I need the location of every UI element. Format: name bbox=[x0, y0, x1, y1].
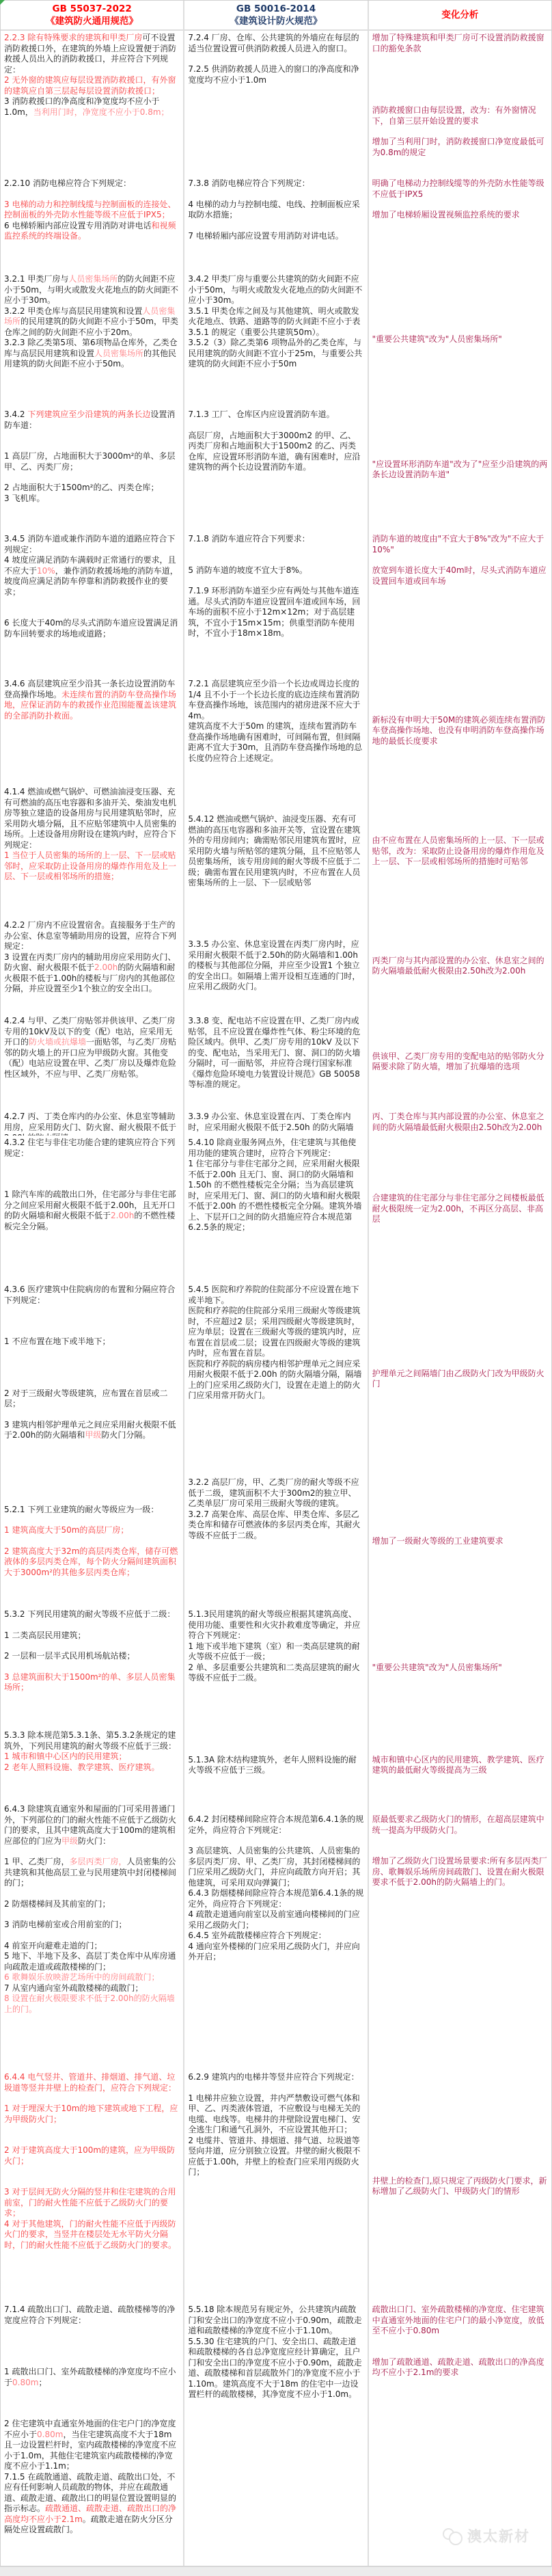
paragraph: 4.1.4 燃油或燃气锅炉、可燃油油浸变压器、充有可燃油的高压电容器和多油开关、… bbox=[4, 787, 180, 850]
paragraph: 丙、丁类仓库与其内部设置的办公室、休息室之间的防火隔墙最低耐火极限由2.50h改… bbox=[372, 1112, 548, 1133]
cell-old-code: 7.1.3 工厂、仓库区内应设置消防车道。高层厂房，占地面积大于3000m2 的… bbox=[184, 407, 367, 532]
paragraph: 3 消防救援口的净高度和净宽度均不应小于1.0m，当利用门时，净宽度不应小于0.… bbox=[4, 96, 180, 118]
paragraph: 1 当位于人员密集的场所的上一层、下一层或贴邻时，应采取防止设备用房的爆炸作用危… bbox=[4, 850, 180, 883]
paragraph: 合建建筑的住宅部分与非住宅部分之间楼板最低耐火极限统一定为2.00h，不再区分高… bbox=[372, 1193, 548, 1225]
cell-old-code: 5.4.12 燃油或燃气锅炉、油浸变压器、充有可燃油的高压电容器和多油开关等，宜… bbox=[184, 785, 367, 918]
paragraph: 2 无外窗的建筑应每层设置消防救援口，有外窗的建筑应自第三层起每层设置消防救援口… bbox=[4, 75, 180, 96]
header-old-code: GB 50016-2014 《建筑设计防火规范》 bbox=[184, 1, 367, 29]
paragraph: 3.3.5 办公室、休息室设置在丙类厂房内时，应采用耐火极限不低于2.50h的防… bbox=[188, 939, 363, 993]
table-row: 5.2.1 下列工业建筑的耐火等级应为一级：1 建筑高度大于50m的高层厂房；2… bbox=[1, 1475, 551, 1607]
paragraph: 4 前室开向避难走道的门； bbox=[4, 1941, 180, 1952]
paragraph: 5.4.10 除商业服务网点外，住宅建筑与其他使用功能的建筑合建时，应符合下列规… bbox=[188, 1138, 363, 1159]
table-row: 4.2.7 丙、丁类仓库内的办公室、休息室等辅助用房，应采用防火门、防火窗、耐火… bbox=[1, 1110, 551, 1136]
paragraph: 4 对于其他建筑，门的耐火性能不应低于丙级防火门的要求，当竖井在楼层处无水平防火… bbox=[4, 2219, 180, 2251]
cell-new-code: 2.2.10 消防电梯应符合下列规定：3 电梯的动力和控制线缆与控制面板的连接处… bbox=[1, 176, 183, 272]
paragraph: 3.3.9 办公室、休息室设置在丙、丁类仓库内时，应采用耐火极限不低于2.50h… bbox=[188, 1112, 363, 1133]
paragraph: 4 通向室外楼梯的门应采用乙级防火门，并应向外开启； bbox=[188, 1942, 363, 1963]
header-old-code-number: GB 50016-2014 bbox=[236, 3, 316, 15]
paragraph: 高层厂房，占地面积大于3000m2 的甲、乙、丙类厂房和占地面积大于1500m2… bbox=[188, 431, 363, 473]
paragraph: 4 电梯的动力与控制电缆、电线、控制面板应采取防水措施； bbox=[188, 200, 363, 221]
cell-analysis: 护理单元之间隔墙门由乙级防火门改为甲级防火门 bbox=[369, 1283, 551, 1475]
paragraph: "重要公共建筑"改为"人员密集场所" bbox=[372, 1663, 548, 1674]
paragraph: 由不应布置在人员密集场所的上一层、下一层或贴邻，改为：采取防止设备用房的爆炸作用… bbox=[372, 835, 548, 868]
paragraph: 7.2.1 高层建筑应至少沿一个长边或周边长度的1/4 且不小于一个长边长度的底… bbox=[188, 679, 363, 721]
table-row: 3.2.1 甲类厂房与人员密集场所的防火间距不应小于50m，与明火或散发火花地点… bbox=[1, 272, 551, 407]
paragraph: 原最低要求乙级防火门的情形，在超高层建筑中统一提高为甲级防火门。 bbox=[372, 1814, 548, 1836]
cell-new-code: 5.2.1 下列工业建筑的耐火等级应为一级：1 建筑高度大于50m的高层厂房；2… bbox=[1, 1475, 183, 1607]
cell-old-code: 3.3.9 办公室、休息室设置在丙、丁类仓库内时，应采用耐火极限不低于2.50h… bbox=[184, 1110, 367, 1136]
paragraph: 3.2.1 甲类厂房与人员密集场所的防火间距不应小于50m，与明火或散发火花地点… bbox=[4, 274, 180, 306]
paragraph: 3 飞机库。 bbox=[4, 494, 180, 505]
cell-new-code: 4.2.7 丙、丁类仓库内的办公室、休息室等辅助用房，应采用防火门、防火窗、耐火… bbox=[1, 1110, 183, 1136]
header-old-code-title: 《建筑设计防火规范》 bbox=[230, 15, 322, 27]
paragraph: 护理单元之间隔墙门由乙级防火门改为甲级防火门 bbox=[372, 1369, 548, 1390]
paragraph: 1 不应布置在地下或半地下； bbox=[4, 1337, 180, 1347]
paragraph: 疏散出口门、室外疏散楼梯的净宽度、住宅建筑中直通室外地面的住宅户门的最小净宽度，… bbox=[372, 2305, 548, 2337]
paragraph: 4.3.6 医疗建筑中住院病房的布置和分隔应符合下列规定： bbox=[4, 1285, 180, 1306]
paragraph: 5.5.30 住宅建筑的户门、安全出口、疏散走道和疏散楼梯的各自总净宽度应经计算… bbox=[188, 2337, 363, 2400]
cell-analysis: 疏散出口门、室外疏散楼梯的净宽度、住宅建筑中直通室外地面的住宅户门的最小净宽度，… bbox=[369, 2303, 551, 2566]
paragraph: 消防车道的坡度由"不宜大于8%"改为"不应大于10%" bbox=[372, 534, 548, 555]
paragraph: 7.1.3 工厂、仓库区内应设置消防车道。 bbox=[188, 410, 363, 420]
header-analysis: 变化分析 bbox=[369, 1, 551, 29]
header-analysis-title: 变化分析 bbox=[441, 9, 478, 21]
paragraph: 医院和疗养院的病房楼内相邻护理单元之间应采用耐火极限不低于2.00h 的防火隔墙… bbox=[188, 1359, 363, 1401]
paragraph: 5.3.2 下列民用建筑的耐火等级不应低于二级： bbox=[4, 1609, 180, 1620]
cell-analysis: 增加了一级耐火等级的工业建筑要求 bbox=[369, 1475, 551, 1607]
paragraph: 6 歌舞娱乐放映游艺场所中的房间疏散门； bbox=[4, 1972, 180, 1983]
table-row: 4.3.2 住宅与非住宅功能合建的建筑应符合下列规定：1 除汽车库的疏散出口外，… bbox=[1, 1136, 551, 1283]
table-row: 4.3.6 医疗建筑中住院病房的布置和分隔应符合下列规定：1 不应布置在地下或半… bbox=[1, 1283, 551, 1475]
table-row: 2.2.10 消防电梯应符合下列规定：3 电梯的动力和控制线缆与控制面板的连接处… bbox=[1, 176, 551, 272]
paragraph: 医院和疗养院的住院部分采用三级耐火等级建筑时，不应超过2 层；采用四级耐火等级建… bbox=[188, 1306, 363, 1359]
paragraph: 3.4.6 高层建筑应至少沿其一条长边设置消防车登高操作场地。未连续布置的消防车… bbox=[4, 679, 180, 721]
paragraph: 6.4.4 电气竖井、管道井、排烟道、排气道、垃圾道等竖井井壁上的检查门，应符合… bbox=[4, 2072, 180, 2093]
cell-new-code: 7.1.4 疏散出口门、疏散走道、疏散楼梯等的净宽度应符合下列规定：1 疏散出口… bbox=[1, 2303, 183, 2566]
paragraph: 丙类厂房与其内部设置的办公室、休息室之间的防火隔墙最低耐火极限由2.50h改为2… bbox=[372, 956, 548, 977]
paragraph: 增加了疏散通道、疏散走道、疏散出口的净高度均不应小于2.1m的要求 bbox=[372, 2357, 548, 2378]
table-row: 4.1.4 燃油或燃气锅炉、可燃油油浸变压器、充有可燃油的高压电容器和多油开关、… bbox=[1, 785, 551, 918]
paragraph: 3.2.7 高架仓库、高层仓库、甲类仓库、多层乙类仓库和储存可燃液体的多层丙类仓… bbox=[188, 1510, 363, 1542]
paragraph: 2.2.3 除有特殊要求的建筑和甲类厂房可不设置消防救援口外，在建筑的外墙上应设… bbox=[4, 33, 180, 75]
cell-analysis: "应设置环形消防车道"改为了"应至少沿建筑的两条长边设置消防车道" bbox=[369, 407, 551, 532]
paragraph: 城市和镇中心区内的民用建筑、教学建筑、医疗建筑的最低耐火等级提高为三级 bbox=[372, 1755, 548, 1776]
table-row: 2.2.3 除有特殊要求的建筑和甲类厂房可不设置消防救援口外，在建筑的外墙上应设… bbox=[1, 31, 551, 176]
paragraph: 2 一层和一层半式民用机场航站楼； bbox=[4, 1651, 180, 1662]
cell-new-code: 3.4.2 下列建筑应至少沿建筑的两条长边设置消防车道：1 高层厂房，占地面积大… bbox=[1, 407, 183, 532]
paragraph: 7.2.5 供消防救援人员进入的窗口的净高度和净宽度均不应小于1.0m bbox=[188, 64, 363, 85]
cell-analysis: 消防车道的坡度由"不宜大于8%"改为"不应大于10%"放宽到车道长度大于40m时… bbox=[369, 532, 551, 677]
cell-analysis: 增加了特殊建筑和甲类厂房可不设置消防救援窗口的豁免条款消防救援窗口由每层设置，改… bbox=[369, 31, 551, 176]
cell-new-code: 3.2.1 甲类厂房与人员密集场所的防火间距不应小于50m，与明火或散发火花地点… bbox=[1, 272, 183, 407]
cell-new-code: 4.2.2 厂房内不应设置宿舍。直接服务于生产的办公室、休息室等辅助用房的设置，… bbox=[1, 918, 183, 1014]
cell-old-code: 7.1.8 消防车道应符合下列要求：5 消防车道的坡度不宜大于8%。7.1.9 … bbox=[184, 532, 367, 677]
paragraph: 8 设置在耐火极限要求不低于2.00h的防火隔墙上的门。 bbox=[4, 1994, 180, 2015]
cell-new-code: 6.4.3 除建筑直通室外和屋面的门可采用普通门外，下列部位的门的耐火性能不应低… bbox=[1, 1802, 183, 2070]
paragraph: 7.2.4 厂房、仓库、公共建筑的外墙应在每层的适当位置设置可供消防救援人员进入… bbox=[188, 33, 363, 54]
cell-new-code: 6.4.4 电气竖井、管道井、排烟道、排气道、垃圾道等竖井井壁上的检查门，应符合… bbox=[1, 2070, 183, 2303]
comparison-document: GB 55037-2022 《建筑防火通用规范》 GB 50016-2014 《… bbox=[0, 0, 552, 2576]
cell-old-code: 5.1.3民用建筑的耐火等级应根据其建筑高度、使用功能、重要性和火灾扑救难度等确… bbox=[184, 1607, 367, 1728]
cell-analysis: 城市和镇中心区内的民用建筑、教学建筑、医疗建筑的最低耐火等级提高为三级 bbox=[369, 1728, 551, 1802]
paragraph: 6.4.5 室外疏散楼梯应符合下列规定： bbox=[188, 1931, 363, 1942]
cell-analysis: "重要公共建筑"改为"人员密集场所" bbox=[369, 272, 551, 407]
cell-old-code: 5.4.10 除商业服务网点外，住宅建筑与其他使用功能的建筑合建时，应符合下列规… bbox=[184, 1136, 367, 1283]
paragraph: 5.3.3 除本规范第5.3.1条、第5.3.2条规定的建筑外，下列民用建筑的耐… bbox=[4, 1730, 180, 1752]
paragraph: 建筑高度不大于50m 的建筑，连续布置消防车登高操作场地确有困难时，可间隔布置，… bbox=[188, 721, 363, 764]
paragraph: 4.2.2 厂房内不应设置宿舍。直接服务于生产的办公室、休息室等辅助用房的设置，… bbox=[4, 920, 180, 952]
paragraph: 3.5.1 甲类仓库之间及与其他建筑、明火或散发火花地点、铁路、道路等的防火间距… bbox=[188, 306, 363, 338]
cell-new-code: 5.3.2 下列民用建筑的耐火等级不应低于二级：1 二类高层民用建筑；2 一层和… bbox=[1, 1607, 183, 1728]
paragraph: 3 消防电梯前室或合用前室的门； bbox=[4, 1920, 180, 1931]
paragraph: 1 二类高层民用建筑； bbox=[4, 1631, 180, 1641]
paragraph: 5.1.3A 除木结构建筑外，老年人照料设施的耐火等级不应低于三级。 bbox=[188, 1755, 363, 1776]
paragraph: 3 建筑内相邻护理单元之间应采用耐火极限不低于2.00h的防火隔墙和甲级防火门分… bbox=[4, 1420, 180, 1441]
paragraph: 消防救援窗口由每层设置，改为：有外窗情况下，自第三层开始设置的要求 bbox=[372, 105, 548, 126]
paragraph: 1 电梯井应独立设置，井内严禁敷设可燃气体和甲、乙、丙类液体管道，不应敷设与电梯… bbox=[188, 2093, 363, 2136]
paragraph: 1 城市和镇中心区内的民用建筑； bbox=[4, 1752, 180, 1762]
cell-old-code: 5.1.3A 除木结构建筑外，老年人照料设施的耐火等级不应低于三级。 bbox=[184, 1728, 367, 1802]
paragraph: 3 高层建筑、人员密集的公共建筑、人员密集的多层丙类厂房、甲、乙类厂房，其封闭楼… bbox=[188, 1846, 363, 1888]
cell-old-code: 3.2.2 高层厂房，甲、乙类厂房的耐火等级不应低于二级，建筑面积不大于300m… bbox=[184, 1475, 367, 1607]
cell-new-code: 4.3.6 医疗建筑中住院病房的布置和分隔应符合下列规定：1 不应布置在地下或半… bbox=[1, 1283, 183, 1475]
cell-old-code: 6.4.2 封闭楼梯间除应符合本规范第6.4.1条的规定外，尚应符合下列规定：3… bbox=[184, 1802, 367, 2070]
paragraph: 6.4.3 防烟楼梯间除应符合本规范第6.4.1条的规定外，尚应符合下列规定： bbox=[188, 1888, 363, 1909]
cell-analysis: 合建建筑的住宅部分与非住宅部分之间楼板最低耐火极限统一定为2.00h，不再区分高… bbox=[369, 1136, 551, 1283]
paragraph: 增加了当利用门时，消防救援窗口净宽度最低可为0.8m的规定 bbox=[372, 137, 548, 158]
paragraph: 6.2.9 建筑内的电梯井等竖井应符合下列规定： bbox=[188, 2072, 363, 2083]
paragraph: 1 高层厂房，占地面积大于3000m²的单、多层甲、乙、丙类厂房； bbox=[4, 451, 180, 472]
paragraph: 2 电缆井、管道井、排烟道、排气道、垃圾道等竖向井道，应分别独立设置。井壁的耐火… bbox=[188, 2136, 363, 2178]
paragraph: 增加了电梯轿厢设置视频监控系统的要求 bbox=[372, 210, 548, 221]
cell-old-code: 3.3.8 变、配电站不应设置在甲、乙类厂房内或贴邻，且不应设置在爆炸性气体、粉… bbox=[184, 1014, 367, 1110]
paragraph: 3 设置在丙类厂房内的辅助用房应采用防火门、防火窗、耐火极限不低于2.00h的防… bbox=[4, 952, 180, 995]
paragraph: 3 电梯的动力和控制线缆与控制面板的连接处、控制面板的外壳防水性能等级不应低于I… bbox=[4, 200, 180, 221]
table-row: 4.2.4 与甲、乙类厂房贴邻并供该甲、乙类厂房专用的10kV及以下的变（配）电… bbox=[1, 1014, 551, 1110]
paragraph: 1 除汽车库的疏散出口外，住宅部分与非住宅部分之间应采用耐火极限不低于2.00h… bbox=[4, 1190, 180, 1232]
paragraph: 4.2.7 丙、丁类仓库内的办公室、休息室等辅助用房，应采用防火门、防火窗、耐火… bbox=[4, 1112, 180, 1136]
header-new-code-number: GB 55037-2022 bbox=[53, 3, 132, 15]
table-row: 3.4.2 下列建筑应至少沿建筑的两条长边设置消防车道：1 高层厂房，占地面积大… bbox=[1, 407, 551, 532]
cell-new-code: 3.4.5 消防车道或兼作消防车道的道路应符合下列规定：4 坡度应满足消防车满载… bbox=[1, 532, 183, 677]
paragraph: 3.5.2（3）除乙类第6 项物品外的乙类仓库，与民用建筑的防火间距不宜小于25… bbox=[188, 338, 363, 370]
paragraph: 5.5.18 除本规范另有规定外，公共建筑内疏散门和安全出口的净宽度不应小于0.… bbox=[188, 2305, 363, 2337]
paragraph: 3.2.2 高层厂房，甲、乙类厂房的耐火等级不应低于二级，建筑面积不大于300m… bbox=[188, 1477, 363, 1510]
paragraph: 2 单、多层重要公共建筑和二类高层建筑的耐火等级不应低于二级。 bbox=[188, 1663, 363, 1684]
paragraph: 7.1.8 消防车道应符合下列要求： bbox=[188, 534, 363, 545]
paragraph: 1 地下或半地下建筑（室）和一类高层建筑的耐火等级不应低于一级； bbox=[188, 1641, 363, 1663]
paragraph: 5.4.12 燃油或燃气锅炉、油浸变压器、充有可燃油的高压电容器和多油开关等，宜… bbox=[188, 814, 363, 889]
paragraph: 3.4.5 消防车道或兼作消防车道的道路应符合下列规定： bbox=[4, 534, 180, 555]
paragraph: 放宽到车道长度大于40m时，尽头式消防车道应设置回车道或回车场 bbox=[372, 565, 548, 587]
paragraph: 1 建筑高度大于50m的高层厂房； bbox=[4, 1525, 180, 1536]
cell-new-code: 4.2.4 与甲、乙类厂房贴邻并供该甲、乙类厂房专用的10kV及以下的变（配）电… bbox=[1, 1014, 183, 1110]
cell-old-code: 6.2.9 建筑内的电梯井等竖井应符合下列规定：1 电梯井应独立设置，井内严禁敷… bbox=[184, 2070, 367, 2303]
header-new-code-title: 《建筑防火通用规范》 bbox=[46, 15, 138, 27]
paragraph: 2 建筑高度大于32m的高层丙类仓库，储存可燃液体的多层丙类仓库，每个防火分隔间… bbox=[4, 1546, 180, 1579]
paragraph: 1 住宅部分与非住宅部分之间，应采用耐火极限不低于2.00h 且无门、窗、洞口的… bbox=[188, 1159, 363, 1233]
paragraph: 7.1.4 疏散出口门、疏散走道、疏散楼梯等的净宽度应符合下列规定： bbox=[4, 2305, 180, 2326]
paragraph: 供该甲、乙类厂房专用的变配电站的贴邻防火分隔要求除了防火墙，增加了抗爆墙的选项 bbox=[372, 1051, 548, 1073]
paragraph: 3.4.2 下列建筑应至少沿建筑的两条长边设置消防车道： bbox=[4, 410, 180, 431]
paragraph: 5.1.3民用建筑的耐火等级应根据其建筑高度、使用功能、重要性和火灾扑救难度等确… bbox=[188, 1609, 363, 1641]
paragraph: 5.2.1 下列工业建筑的耐火等级应为一级： bbox=[4, 1505, 180, 1516]
cell-analysis: "重要公共建筑"改为"人员密集场所" bbox=[369, 1607, 551, 1728]
paragraph: 2 老年人照料设施、教学建筑、医疗建筑。 bbox=[4, 1762, 180, 1773]
cell-analysis: 供该甲、乙类厂房专用的变配电站的贴邻防火分隔要求除了防火墙，增加了抗爆墙的选项 bbox=[369, 1014, 551, 1110]
paragraph: 4.2.4 与甲、乙类厂房贴邻并供该甲、乙类厂房专用的10kV及以下的变（配）电… bbox=[4, 1016, 180, 1079]
paragraph: 6 长度大于40m的尽头式消防车道应设置满足消防车回转要求的场地或道路； bbox=[4, 618, 180, 639]
paragraph: 井壁上的检查门,原只规定了丙级防火门要求，新标增加了乙级防火门、甲级防火门的情形 bbox=[372, 2176, 548, 2197]
paragraph: 7.1.5 在疏散通道、疏散走道、疏散出口处，不应有任何影响人员疏散的物体，并应… bbox=[4, 2472, 180, 2536]
cell-new-code: 3.4.6 高层建筑应至少沿其一条长边设置消防车登高操作场地。未连续布置的消防车… bbox=[1, 677, 183, 785]
cell-analysis: 明确了电梯动力控制线缆等的外壳防水性能等级不应低于IPX5增加了电梯轿厢设置视频… bbox=[369, 176, 551, 272]
paragraph: 3 总建筑面积大于1500m²的单、多层人员密集场所； bbox=[4, 1672, 180, 1693]
paragraph: 5 地下、半地下及多、高层丁类仓库中从库房通向疏散走道或疏散楼梯的门； bbox=[4, 1951, 180, 1972]
table-row: 3.4.6 高层建筑应至少沿其一条长边设置消防车登高操作场地。未连续布置的消防车… bbox=[1, 677, 551, 785]
paragraph: 7.1.9 环形消防车道至少应有两处与其他车道连通。尽头式消防车道应设置回车道或… bbox=[188, 586, 363, 639]
table-row: 4.2.2 厂房内不应设置宿舍。直接服务于生产的办公室、休息室等辅助用房的设置，… bbox=[1, 918, 551, 1014]
header-new-code: GB 55037-2022 《建筑防火通用规范》 bbox=[1, 1, 183, 29]
table-row: 6.4.4 电气竖井、管道井、排烟道、排气道、垃圾道等竖井井壁上的检查门，应符合… bbox=[1, 2070, 551, 2303]
table-row: 6.4.3 除建筑直通室外和屋面的门可采用普通门外，下列部位的门的耐火性能不应低… bbox=[1, 1802, 551, 2070]
paragraph: 3.4.2 甲类厂房与重要公共建筑的防火间距不应小于50m，与明火或散发火花地点… bbox=[188, 274, 363, 306]
cell-analysis: 丙类厂房与其内部设置的办公室、休息室之间的防火隔墙最低耐火极限由2.50h改为2… bbox=[369, 918, 551, 1014]
cell-old-code: 7.2.1 高层建筑应至少沿一个长边或周边长度的1/4 且不小于一个长边长度的底… bbox=[184, 677, 367, 785]
cell-new-code: 2.2.3 除有特殊要求的建筑和甲类厂房可不设置消防救援口外，在建筑的外墙上应设… bbox=[1, 31, 183, 176]
cell-new-code: 4.3.2 住宅与非住宅功能合建的建筑应符合下列规定：1 除汽车库的疏散出口外，… bbox=[1, 1136, 183, 1283]
paragraph: 3.3.8 变、配电站不应设置在甲、乙类厂房内或贴邻，且不应设置在爆炸性气体、粉… bbox=[188, 1016, 363, 1090]
paragraph: 6 电梯轿厢内部应设置专用消防对讲电话和视频监控系统的终端设备。 bbox=[4, 221, 180, 242]
cell-old-code: 7.3.8 消防电梯应符合下列规定：4 电梯的动力与控制电缆、电线、控制面板应采… bbox=[184, 176, 367, 272]
cell-new-code: 5.3.3 除本规范第5.3.1条、第5.3.2条规定的建筑外，下列民用建筑的耐… bbox=[1, 1728, 183, 1802]
paragraph: 6.4.2 封闭楼梯间除应符合本规范第6.4.1条的规定外，尚应符合下列规定： bbox=[188, 1814, 363, 1836]
cell-new-code: 4.1.4 燃油或燃气锅炉、可燃油油浸变压器、充有可燃油的高压电容器和多油开关、… bbox=[1, 785, 183, 918]
footer-strip bbox=[0, 2566, 552, 2576]
paragraph: 5.4.5 医院和疗养院的住院部分不应设置在地下或半地下。 bbox=[188, 1285, 363, 1306]
paragraph: 2.2.10 消防电梯应符合下列规定： bbox=[4, 178, 180, 189]
cell-analysis: 新标没有申明大于50M的建筑必须连续布置消防车登高操作场地、也没有申明消防车登高… bbox=[369, 677, 551, 785]
paragraph: 1 对于埋深大于10m的地下建筑或地下工程，应为甲级防火门； bbox=[4, 2104, 180, 2125]
paragraph: 3.2.2 甲类仓库与高层民用建筑和设置人员密集场所的民用建筑的防火间距不应小于… bbox=[4, 306, 180, 338]
cell-old-code: 5.4.5 医院和疗养院的住院部分不应设置在地下或半地下。医院和疗养院的住院部分… bbox=[184, 1283, 367, 1475]
cell-old-code: 3.3.5 办公室、休息室设置在丙类厂房内时，应采用耐火极限不低于2.50h的防… bbox=[184, 918, 367, 1014]
paragraph: 7.3.8 消防电梯应符合下列规定： bbox=[188, 178, 363, 189]
cell-analysis: 井壁上的检查门,原只规定了丙级防火门要求，新标增加了乙级防火门、甲级防火门的情形 bbox=[369, 2070, 551, 2303]
paragraph: 7 电梯轿厢内部应设置专用消防对讲电话。 bbox=[188, 231, 363, 242]
cell-analysis: 由不应布置在人员密集场所的上一层、下一层或贴邻，改为：采取防止设备用房的爆炸作用… bbox=[369, 785, 551, 918]
paragraph: 4.3.2 住宅与非住宅功能合建的建筑应符合下列规定： bbox=[4, 1138, 180, 1159]
paragraph: 3 对于层间无防火分隔的竖井和住宅建筑的合用前室，门的耐火性能不应低于乙级防火门… bbox=[4, 2187, 180, 2219]
paragraph: 增加了乙级防火门设置场景要求:所有多层丙类厂房、歌舞娱乐场所房间疏散门、设置在耐… bbox=[372, 1856, 548, 1888]
paragraph: 3.2.3 除乙类第5项、第6项物品仓库外，乙类仓库与高层民用建筑和设置人员密集… bbox=[4, 338, 180, 370]
table-body: 2.2.3 除有特殊要求的建筑和甲类厂房可不设置消防救援口外，在建筑的外墙上应设… bbox=[1, 31, 551, 2566]
paragraph: 2 对于三级耐火等级建筑，应布置在首层或二层； bbox=[4, 1388, 180, 1410]
cell-analysis: 原最低要求乙级防火门的情形，在超高层建筑中统一提高为甲级防火门。增加了乙级防火门… bbox=[369, 1802, 551, 2070]
paragraph: "重要公共建筑"改为"人员密集场所" bbox=[372, 334, 548, 345]
paragraph: 增加了特殊建筑和甲类厂房可不设置消防救援窗口的豁免条款 bbox=[372, 33, 548, 54]
paragraph: 5 消防车道的坡度不宜大于8%。 bbox=[188, 565, 363, 576]
table-row: 3.4.5 消防车道或兼作消防车道的道路应符合下列规定：4 坡度应满足消防车满载… bbox=[1, 532, 551, 677]
paragraph: 6.4.3 除建筑直通室外和屋面的门可采用普通门外，下列部位的门的耐火性能不应低… bbox=[4, 1804, 180, 1847]
paragraph: 新标没有申明大于50M的建筑必须连续布置消防车登高操作场地、也没有申明消防车登高… bbox=[372, 715, 548, 747]
corner-marker bbox=[0, 0, 5, 5]
comparison-table: GB 55037-2022 《建筑防火通用规范》 GB 50016-2014 《… bbox=[0, 0, 552, 2566]
paragraph: 7 从室内通向室外疏散楼梯的疏散门； bbox=[4, 1983, 180, 1994]
paragraph: 2 对于建筑高度大于100m的建筑，应为甲级防火门； bbox=[4, 2145, 180, 2166]
paragraph: 增加了一级耐火等级的工业建筑要求 bbox=[372, 1536, 548, 1547]
cell-analysis: 丙、丁类仓库与其内部设置的办公室、休息室之间的防火隔墙最低耐火极限由2.50h改… bbox=[369, 1110, 551, 1136]
cell-old-code: 5.5.18 除本规范另有规定外，公共建筑内疏散门和安全出口的净宽度不应小于0.… bbox=[184, 2303, 367, 2566]
cell-old-code: 3.4.2 甲类厂房与重要公共建筑的防火间距不应小于50m，与明火或散发火花地点… bbox=[184, 272, 367, 407]
paragraph: 2 占地面积大于1500m²的乙、丙类仓库； bbox=[4, 483, 180, 494]
table-row: 5.3.2 下列民用建筑的耐火等级不应低于二级：1 二类高层民用建筑；2 一层和… bbox=[1, 1607, 551, 1728]
paragraph: 4 疏散走道通向前室以及前室通向楼梯间的门应采用乙级防火门； bbox=[188, 1909, 363, 1931]
paragraph: "应设置环形消防车道"改为了"应至少沿建筑的两条长边设置消防车道" bbox=[372, 459, 548, 481]
paragraph: 明确了电梯动力控制线缆等的外壳防水性能等级不应低于IPX5 bbox=[372, 178, 548, 200]
paragraph: 2 防烟楼梯间及其前室的门； bbox=[4, 1899, 180, 1910]
paragraph: 1 疏散出口门、室外疏散楼梯的净宽度均不应小于0.80m； bbox=[4, 2367, 180, 2388]
cell-old-code: 7.2.4 厂房、仓库、公共建筑的外墙应在每层的适当位置设置可供消防救援人员进入… bbox=[184, 31, 367, 176]
table-row: 5.3.3 除本规范第5.3.1条、第5.3.2条规定的建筑外，下列民用建筑的耐… bbox=[1, 1728, 551, 1802]
paragraph: 1 甲、乙类厂房，多层丙类厂房，人员密集的公共建筑和其他高层工业与民用建筑中封闭… bbox=[4, 1857, 180, 1889]
paragraph: 4 坡度应满足消防车满载时正常通行的要求，且不应大于10%，兼作消防救援场地的消… bbox=[4, 555, 180, 598]
table-header-row: GB 55037-2022 《建筑防火通用规范》 GB 50016-2014 《… bbox=[1, 1, 551, 29]
paragraph: 2 住宅建筑中直通室外地面的住宅户门的净宽度不应小于0.80m，当住宅建筑高度不… bbox=[4, 2419, 180, 2472]
table-row: 7.1.4 疏散出口门、疏散走道、疏散楼梯等的净宽度应符合下列规定：1 疏散出口… bbox=[1, 2303, 551, 2566]
